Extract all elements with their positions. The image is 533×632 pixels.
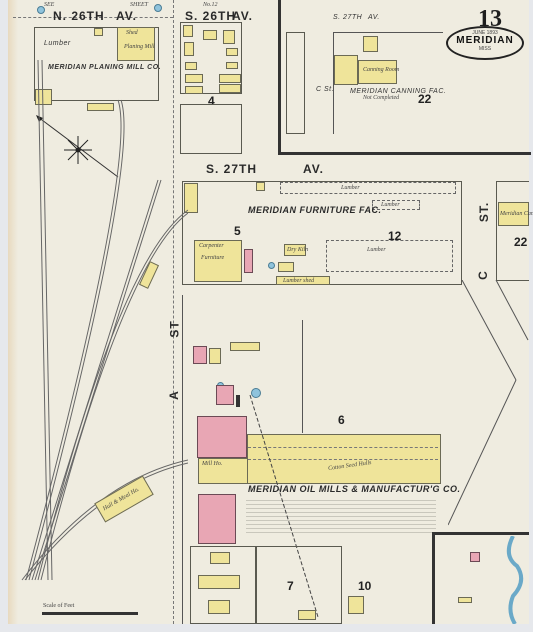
- building: [219, 84, 241, 93]
- building: [256, 182, 265, 191]
- building: [209, 348, 221, 364]
- street-n26-av: AV.: [116, 9, 137, 23]
- building: [208, 600, 230, 614]
- block-number-5: 5: [234, 224, 241, 238]
- railroad-tracks: [8, 60, 188, 600]
- building: [278, 262, 294, 272]
- building: [198, 575, 240, 589]
- inset-block: [286, 32, 305, 134]
- block-number-22-top: 22: [418, 92, 431, 106]
- carpenter-shop: Carpenter Furniture: [194, 240, 242, 282]
- building: [219, 74, 241, 83]
- planing-mill-building: Shed Planing Mill: [117, 27, 155, 61]
- building: [363, 36, 378, 52]
- street-s26-av: AV.: [232, 9, 253, 23]
- inset-border: [278, 0, 281, 155]
- lumber-yard: Lumber: [326, 240, 453, 272]
- lumber-label: Lumber: [367, 247, 386, 253]
- inset-border: [278, 152, 531, 155]
- street-c: C: [476, 270, 490, 280]
- sheet-note: SHEET: [130, 2, 148, 8]
- building: [226, 48, 238, 56]
- furniture-factory-label: MERIDIAN FURNITURE FAC.: [248, 205, 382, 215]
- canning-room-label: Canning Room: [363, 67, 399, 73]
- canning-fac-label: MERIDIAN CANNING FAC.: [350, 88, 446, 95]
- street-n26: N. 26TH: [53, 9, 105, 23]
- hydrant-icon: [37, 6, 45, 14]
- boiler-house: [244, 249, 253, 273]
- block-number-10: 10: [358, 579, 371, 593]
- street-line: [333, 32, 443, 33]
- brick-building: [193, 346, 207, 364]
- canning-east-label: Meridian Canning Fac.: [500, 211, 533, 217]
- building: [184, 42, 194, 56]
- building: [298, 610, 316, 620]
- brick-warehouse: [198, 494, 236, 544]
- lumber-label: Lumber: [44, 40, 71, 47]
- building: [210, 552, 230, 564]
- state-name: MISS: [448, 46, 522, 52]
- canning-room: Canning Room: [358, 60, 397, 84]
- dry-kiln: Dry Kiln: [284, 244, 306, 256]
- street-s26: S. 26TH: [185, 9, 236, 23]
- block-4-south: [180, 104, 242, 154]
- inset-border: [432, 532, 529, 535]
- street-s27: S. 27TH: [206, 162, 257, 176]
- building: [223, 30, 235, 44]
- hydrant-icon: [154, 4, 162, 12]
- planing-mill-bldg-label: Planing Mill: [124, 44, 155, 50]
- street-s27-av: AV.: [303, 162, 324, 176]
- canning-factory-east: Meridian Canning Fac.: [498, 202, 529, 226]
- block-number-6: 6: [338, 413, 345, 427]
- building: [94, 28, 103, 36]
- chimney: [236, 395, 240, 407]
- cotton-seed-label: Cotton Seed Hulls: [328, 460, 372, 472]
- river: [503, 536, 529, 624]
- lumber-label: Lumber: [341, 185, 360, 191]
- building: [203, 30, 217, 40]
- brick-building: [470, 552, 480, 562]
- see-note: SEE: [44, 2, 54, 8]
- building: [230, 342, 260, 351]
- canning-building-a: [334, 55, 358, 85]
- lumber-shed: Lumber shed: [276, 276, 330, 285]
- street-c-st: ST.: [477, 202, 491, 222]
- building: [348, 596, 364, 614]
- scale-label: Scale of Feet: [43, 603, 74, 609]
- lumber-yard: Lumber: [280, 182, 456, 194]
- block-number-22-right: 22: [514, 235, 527, 249]
- dry-kiln-label: Dry Kiln: [287, 247, 308, 253]
- shed-label: Shed: [126, 30, 138, 36]
- mill-house: [197, 416, 247, 458]
- street-s27-inset-av: AV.: [368, 14, 380, 21]
- street-s27-inset: S. 27TH: [333, 14, 362, 21]
- inset-border: [432, 532, 435, 624]
- brick-building: [216, 385, 234, 405]
- water-tank-icon: [268, 262, 275, 269]
- carpenter-label: Carpenter: [199, 243, 224, 249]
- seed-house: Mill Ho.: [198, 458, 248, 484]
- street-c-inset: C St.: [316, 86, 334, 93]
- sheet-ref-note: No.12: [203, 2, 218, 8]
- block-22-east: [496, 181, 529, 281]
- building: [226, 62, 238, 69]
- map-sheet: SEE SHEET No.12 13 JUNE 1893 MERIDIAN MI…: [8, 0, 529, 624]
- canning-not-completed: Not Completed: [363, 95, 399, 101]
- lumber-shed-label: Lumber shed: [283, 278, 314, 284]
- city-name: MERIDIAN: [448, 36, 522, 46]
- diagonal-streets: [448, 280, 533, 530]
- seed-house-label: Mill Ho.: [202, 461, 222, 467]
- scale-bar: [42, 612, 138, 615]
- city-title-cartouche: JUNE 1893 MERIDIAN MISS: [446, 26, 524, 60]
- lumber-label: Lumber: [381, 202, 400, 208]
- building: [458, 597, 472, 603]
- furniture-label: Furniture: [201, 255, 224, 261]
- block-number-7: 7: [287, 579, 294, 593]
- building: [183, 25, 193, 37]
